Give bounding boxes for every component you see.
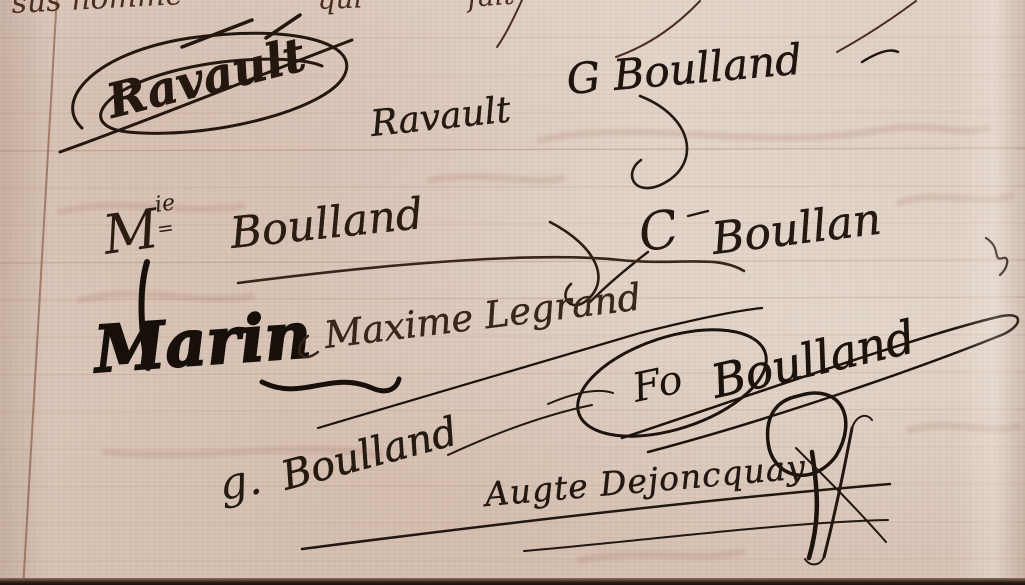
marin-wavy-tail	[262, 379, 399, 391]
top-text-right: fait	[464, 0, 516, 14]
f-initial: Fo	[628, 356, 687, 412]
signature-ravault-large: Ravault	[60, 15, 352, 152]
c-boullan-z-tail	[986, 238, 1007, 275]
signature-maxime-legrand: Maxime Legrand	[238, 257, 744, 357]
mie-superscript: ie	[153, 190, 176, 218]
augte-paraph-top-hook	[852, 416, 872, 428]
top-flourish-stroke	[837, 1, 916, 52]
g2-initial: g.	[215, 453, 265, 511]
maxime-legrand-text: Maxime Legrand	[321, 275, 644, 357]
register-page-svg: sus nommé qui fait Ravault G Boulland	[0, 0, 1025, 585]
signature-mie-boulland: M ie = Boulland	[98, 189, 598, 305]
signature-ravault-small: Ravault	[368, 89, 687, 188]
register-page: sus nommé qui fait Ravault G Boulland	[0, 0, 1025, 585]
g-boulland-top-text: G Boulland	[565, 35, 804, 104]
mie-boulland-text: Boulland	[227, 189, 426, 259]
margin-line	[23, 0, 57, 585]
ravault-small-text: Ravault	[368, 89, 513, 145]
ravault-small-flourish	[632, 96, 687, 188]
top-text-mid: qui	[317, 0, 363, 16]
c-initial: C	[634, 199, 684, 265]
scan-bottom-edge	[0, 578, 1025, 585]
marin-text: Marin	[90, 298, 314, 388]
augte-text: Augte Dejoncquay	[480, 447, 807, 514]
c-hyphen-mark	[688, 211, 708, 216]
augte-paraph-cross-diagonal	[796, 448, 886, 542]
g-boulland-top-tail	[862, 50, 898, 62]
mie-equals-mark: =	[155, 215, 175, 241]
c-boullan-text: Boullan	[708, 194, 884, 265]
top-text-left: sus nommé	[11, 0, 184, 21]
signature-c-boullan: C Boullan	[590, 194, 1007, 302]
